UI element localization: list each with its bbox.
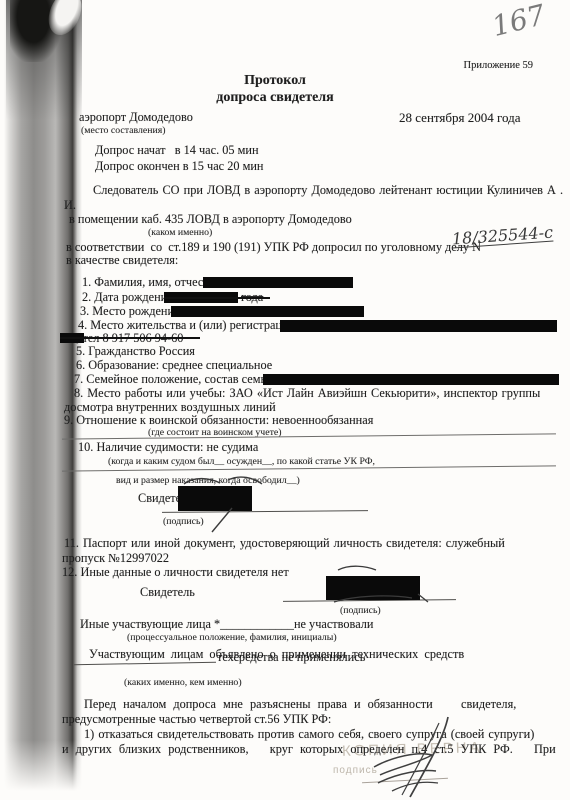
rights-paragraph-line4: и других близких родственников, круг кот… — [62, 742, 556, 756]
field-4-residence: 4. Место жительства и (или) регистрации: — [78, 318, 299, 332]
handwritten-page-number: 167 — [491, 8, 546, 35]
field-11-pass-number: пропуск №12997022 — [62, 551, 169, 565]
witness-signature-2-icon — [320, 560, 450, 610]
investigator-line2: И. — [64, 198, 76, 212]
rights-paragraph-line2: предусмотренные частью четвертой ст.56 У… — [62, 712, 331, 726]
doc-title-line2: допроса свидетеля — [150, 91, 400, 105]
field-5-citizenship: 5. Гражданство Россия — [76, 344, 195, 358]
room-line: в помещении каб. 435 ЛОВД в аэропорту До… — [69, 212, 352, 226]
interrogation-end-time: Допрос окончен в 15 час 20 мин — [95, 159, 264, 173]
field-2-birthdate: 2. Дата рождения: — [82, 290, 176, 304]
signature-caption-1: (подпись) — [163, 515, 204, 529]
redaction-bar-family — [263, 374, 559, 385]
doc-title-line1: Протокол — [150, 74, 400, 88]
other-participants-line: Иные участвующие лица *____________не уч… — [80, 617, 373, 631]
strike-rod-phone — [60, 337, 200, 339]
handwritten-case-number: 18/325544-с — [452, 225, 554, 248]
divider-rule-1 — [62, 433, 556, 439]
interrogation-start-time: Допрос начат в 14 час. 05 мин — [95, 143, 259, 157]
doc-date: 28 сентября 2004 года — [399, 111, 521, 125]
rights-paragraph-line1: Перед началом допроса мне разъяснены пра… — [84, 697, 516, 711]
field-11-passport: 11. Паспорт или иной документ, удостовер… — [64, 536, 505, 550]
signature-caption-2: (подпись) — [340, 604, 381, 618]
field-10-convictions: 10. Наличие судимости: не судима — [78, 440, 258, 454]
field-9-military: 9. Отношение к воинской обязанности: нев… — [64, 413, 373, 427]
redaction-bar-birthplace — [171, 306, 364, 317]
field-7-family: 7. Семейное положение, состав семьи: — [74, 372, 276, 386]
tech-means-blank-line — [74, 662, 216, 665]
tech-means-answer: техсредства не применялись — [217, 650, 365, 664]
place-of-drafting: аэропорт Домодедово — [79, 110, 193, 124]
field-6-education: 6. Образование: среднее специальное — [76, 358, 272, 372]
field-8-workplace: 8. Место работы или учебы: ЗАО «Ист Лайн… — [74, 386, 540, 400]
witness-label-2: Свидетель — [140, 585, 195, 599]
field-3-birthplace: 3. Место рождения: — [80, 304, 183, 318]
document-page: КОПИЯ ВЕРНА подпись 167 Приложение 59 Пр… — [0, 0, 570, 800]
tech-means-caption: (каких именно, кем именно) — [124, 676, 242, 690]
other-participants-caption: (процессуальное положение, фамилия, иниц… — [127, 631, 337, 645]
room-caption: (каком именно) — [148, 226, 212, 240]
field-8-workplace-cont: досмотра внутренних воздушных линий — [64, 400, 276, 414]
investigator-line1: Следователь СО при ЛОВД в аэропорту Домо… — [93, 183, 563, 197]
legal-basis-line: в соответствии со ст.189 и 190 (191) УПК… — [66, 240, 481, 254]
as-witness-line: в качестве свидетеля: — [66, 253, 178, 267]
place-caption: (место составления) — [81, 124, 165, 138]
field-1-name: 1. Фамилия, имя, отчество — [82, 275, 221, 289]
redaction-bar-name — [203, 277, 353, 288]
appendix-label: Приложение 59 — [433, 59, 533, 73]
certifier-signature-icon — [360, 715, 470, 800]
field-12-other-data: 12. Иные данные о личности свидетеля нет — [62, 565, 289, 579]
redaction-bar-residence — [280, 320, 557, 332]
strike-rod-birthdate — [164, 297, 270, 299]
